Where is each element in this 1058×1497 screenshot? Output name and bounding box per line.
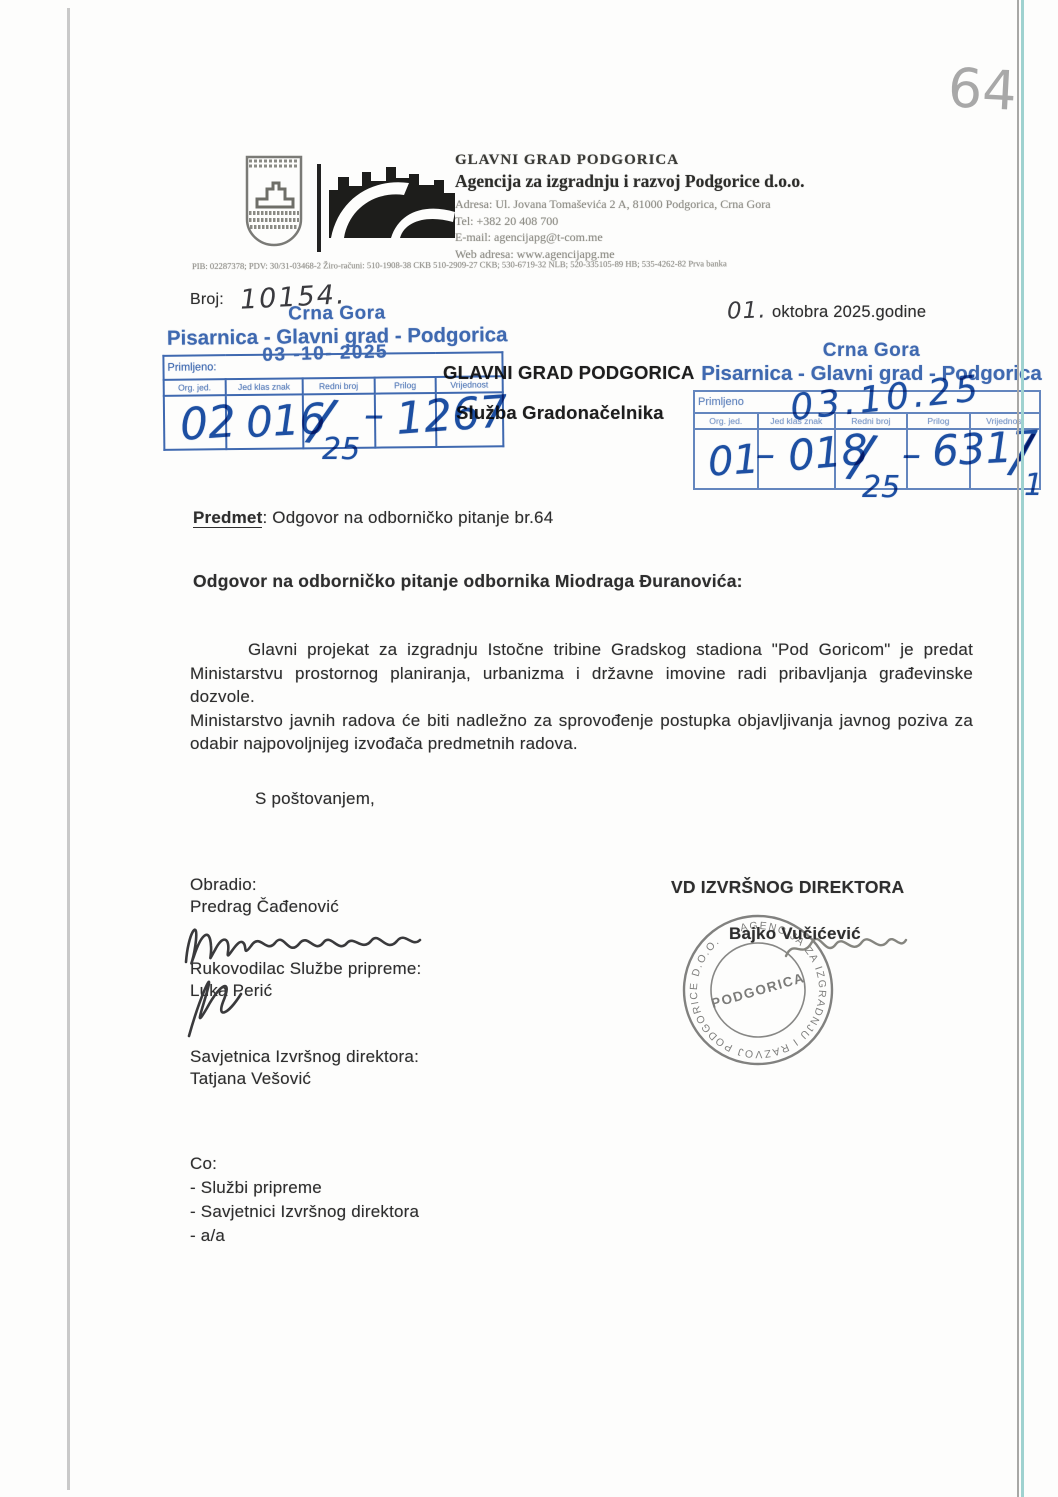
stamp-left-entry-org: 02 bbox=[178, 396, 237, 451]
stamp-left-entry-dash: – bbox=[364, 392, 384, 438]
director-title: VD IZVRŠNOG DIREKTORA bbox=[671, 877, 904, 898]
date-day-handwritten: 01. bbox=[727, 297, 767, 324]
rukovodilac-signature bbox=[175, 960, 270, 1040]
letterhead-phone: Tel: +382 20 408 700 bbox=[455, 213, 771, 230]
stamp-right-entry-org: 01 bbox=[706, 436, 760, 485]
scanned-letter-page: 64 GLAVNI GRAD PODGORICA Agencija za izg… bbox=[0, 0, 1058, 1497]
stamp-right-country: Crna Gora bbox=[693, 340, 1050, 362]
stamp-left-date: 03 -10- 2025 bbox=[262, 341, 388, 367]
closing-salutation: S poštovanjem, bbox=[255, 789, 375, 809]
answer-heading: Odgovor na odborničko pitanje odbornika … bbox=[193, 571, 743, 592]
scan-edge-line-teal bbox=[1021, 0, 1024, 1497]
cc-item-1: - Službi pripreme bbox=[190, 1176, 419, 1200]
stamp-right-entry-year: 25 bbox=[862, 470, 900, 505]
cc-item-3: - a/a bbox=[190, 1224, 419, 1248]
pencil-page-number: 64 bbox=[946, 56, 1018, 123]
stamp-right-col-org: Org. jed. bbox=[694, 413, 758, 429]
letterhead-address: Adresa: Ul. Jovana Tomaševića 2 A, 81000… bbox=[455, 196, 771, 213]
podgorica-coat-of-arms bbox=[243, 153, 305, 253]
stamp-left-col-klas: Jed klas znak bbox=[225, 378, 303, 395]
cc-item-2: - Savjetnici Izvršnog direktora bbox=[190, 1200, 419, 1224]
savjetnica-name: Tatjana Vešović bbox=[190, 1068, 311, 1090]
cc-block: Co: - Službi pripreme - Savjetnici Izvrš… bbox=[190, 1152, 419, 1248]
agency-skyline-logo bbox=[329, 162, 455, 238]
date-typed: oktobra 2025.godine bbox=[772, 303, 926, 322]
agency-round-stamp: AGENCIJA ZA IZGRADNJU I RAZVOJ PODGORICE… bbox=[657, 889, 860, 1092]
savjetnica-label: Savjetnica Izvršnog direktora: bbox=[190, 1046, 419, 1068]
letterhead-contact-block: Adresa: Ul. Jovana Tomaševića 2 A, 81000… bbox=[455, 196, 771, 262]
stamp-right-entry-suffix: 1 bbox=[1024, 468, 1043, 503]
letterhead-registry-line: PIB: 02287378; PDV: 30/31-03468-2 Žiro-r… bbox=[192, 257, 982, 271]
letterhead-agency-name: Agencija za izgradnju i razvoj Podgorice… bbox=[455, 171, 804, 192]
body-paragraph-2: Ministarstvo javnih radova će biti nadle… bbox=[190, 709, 973, 756]
director-name: Bajko Vučićević bbox=[729, 924, 861, 944]
scan-margin-line bbox=[67, 8, 70, 1490]
stamp-left-col-org: Org. jed. bbox=[164, 379, 226, 396]
stamp-left-entry-year: 25 bbox=[322, 432, 360, 467]
stamp-left-entry-number: 1267 bbox=[394, 386, 509, 445]
cc-label: Co: bbox=[190, 1152, 419, 1176]
scan-edge-line-gray bbox=[1017, 0, 1019, 1497]
letterhead-org-title: GLAVNI GRAD PODGORICA bbox=[455, 152, 679, 169]
stamp-right-entry-dash2: – bbox=[902, 432, 921, 476]
round-stamp-center-text: PODGORICA bbox=[710, 970, 807, 1011]
stamp-right-entry-dash1: – bbox=[756, 432, 775, 476]
obradio-label: Obradio: bbox=[190, 874, 257, 896]
letterhead-divider bbox=[317, 164, 321, 252]
letter-body: Glavni projekat za izgradnju Istočne tri… bbox=[190, 638, 973, 756]
body-paragraph-1: Glavni projekat za izgradnju Istočne tri… bbox=[190, 638, 973, 709]
letterhead-email: E-mail: agencijapg@t-com.me bbox=[455, 229, 771, 246]
